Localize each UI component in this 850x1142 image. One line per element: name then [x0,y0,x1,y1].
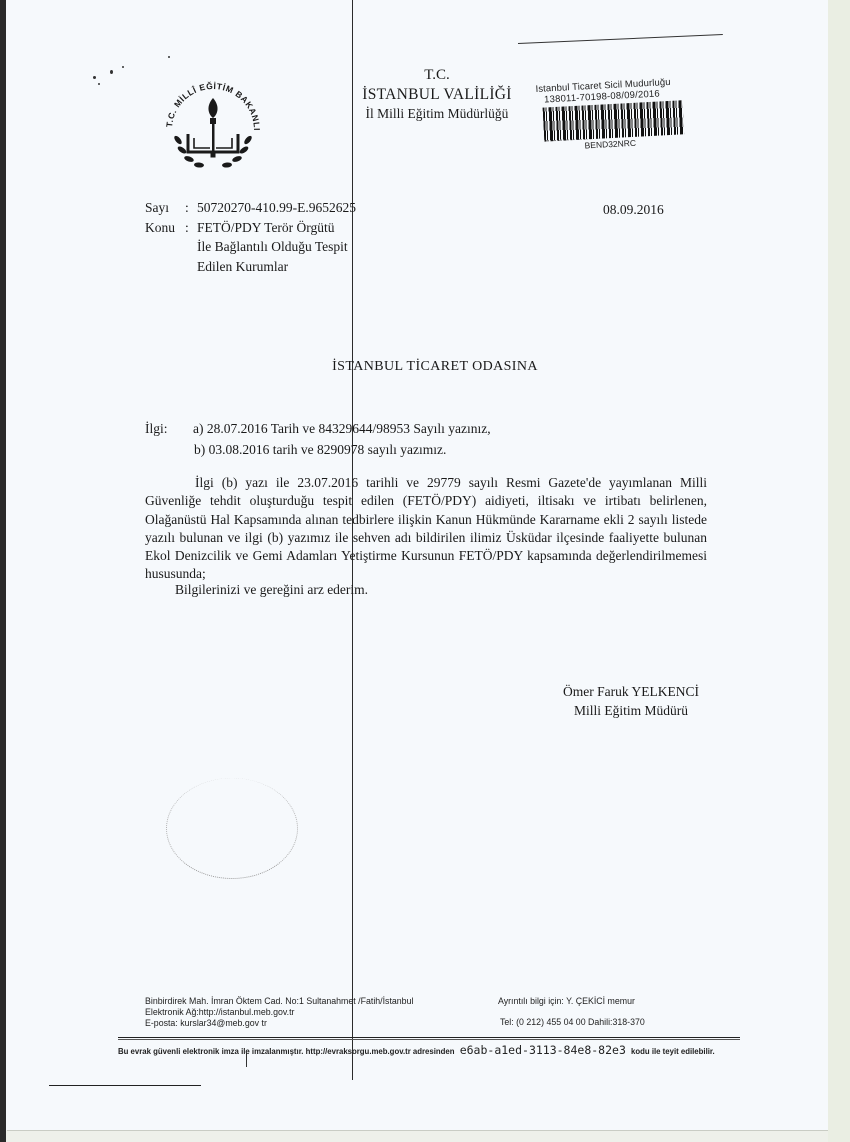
sayi-value: 50720270-410.99-E.9652625 [197,198,356,218]
speck [122,66,124,68]
scan-margin [828,0,850,1142]
meb-seal-icon: T.C. MİLLÎ EĞİTİM BAKANLIĞI [158,68,268,178]
signatory-name: Ömer Faruk YELKENCİ [538,683,724,702]
contact-person: Ayrıntılı bilgi için: Y. ÇEKİCİ memur [498,996,645,1006]
email-link[interactable]: E-posta: kurslar34@meb.gov tr [145,1018,413,1029]
speck [110,70,113,74]
reference-item: b) 03.08.2016 tarih ve 8290978 sayılı ya… [194,439,491,460]
speck [168,56,170,58]
footer-divider [118,1037,740,1038]
verification-text: Bu evrak güvenli elektronik imza ile imz… [118,1047,455,1056]
address: Binbirdirek Mah. İmran Öktem Cad. No:1 S… [145,996,413,1007]
letterhead: T.C. İSTANBUL VALİLİĞİ İl Milli Eğitim M… [352,66,522,123]
registry-stamp: Istanbul Ticaret Sicil Mudurluğu 138011-… [535,76,688,153]
letterhead-directorate: İl Milli Eğitim Müdürlüğü [352,104,522,123]
verification-suffix: kodu ile teyit edilebilir. [631,1047,715,1056]
konu-label: Konu [145,218,185,238]
letterhead-tc: T.C. [352,66,522,85]
footer-contact: Ayrıntılı bilgi için: Y. ÇEKİCİ memur Te… [498,996,645,1027]
footer-divider [118,1039,740,1040]
konu-line: FETÖ/PDY Terör Örgütü [197,218,335,238]
document-date: 08.09.2016 [603,202,664,218]
konu-line: Edilen Kurumlar [145,257,356,277]
verification-code: e6ab-a1ed-3113-84e8-82e3 [460,1043,626,1057]
reference-item: a) 28.07.2016 Tarih ve 84329644/98953 Sa… [193,418,491,439]
web-link[interactable]: Elektronik Ağ:http://istanbul.meb.gov.tr [145,1007,413,1018]
verification-line: Bu evrak güvenli elektronik imza ile imz… [118,1043,715,1057]
reference-label: İlgi: [145,418,185,439]
document-meta: Sayı : 50720270-410.99-E.9652625 Konu : … [145,198,356,276]
signature-block: Ömer Faruk YELKENCİ Milli Eğitim Müdürü [538,683,724,720]
konu-row: Konu : FETÖ/PDY Terör Örgütü [145,218,356,238]
closing-line: Bilgilerinizi ve gereğini arz ederim. [175,582,368,598]
recipient: İSTANBUL TİCARET ODASINA [0,359,850,375]
faint-seal-icon [166,778,298,879]
phone: Tel: (0 212) 455 04 00 Dahili:318-370 [500,1017,645,1027]
body-paragraph: İlgi (b) yazı ile 23.07.2016 tarihli ve … [145,474,707,584]
sayi-label: Sayı [145,198,185,218]
bottom-rule [49,1085,201,1086]
footer-address: Binbirdirek Mah. İmran Öktem Cad. No:1 S… [145,996,413,1029]
signatory-title: Milli Eğitim Müdürü [538,702,724,721]
letterhead-governorship: İSTANBUL VALİLİĞİ [352,85,522,104]
sayi-row: Sayı : 50720270-410.99-E.9652625 [145,198,356,218]
speck [93,76,96,79]
speck [98,83,100,85]
body: İlgi (b) yazı ile 23.07.2016 tarihli ve … [145,474,707,584]
konu-line: İle Bağlantılı Olduğu Tespit [145,237,356,257]
separator: : [185,198,197,218]
separator: : [185,218,197,238]
reference-block: İlgi: a) 28.07.2016 Tarih ve 84329644/98… [145,418,491,460]
